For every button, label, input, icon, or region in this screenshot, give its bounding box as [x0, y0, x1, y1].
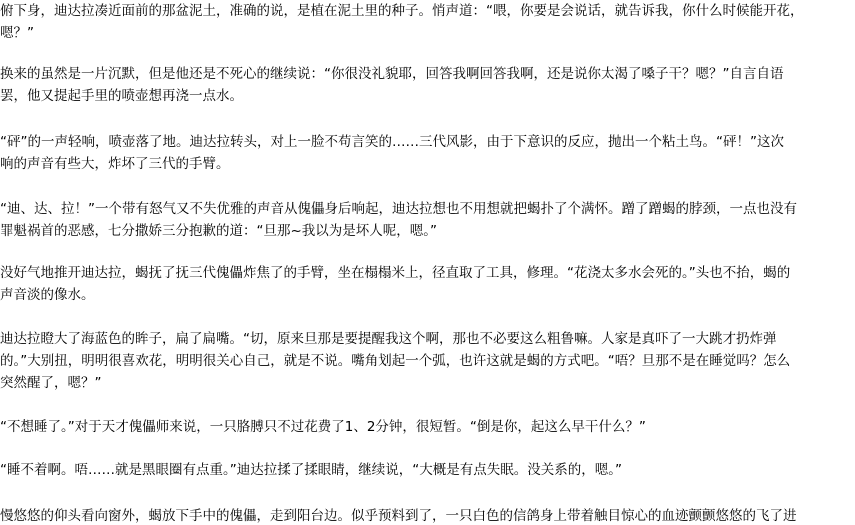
paragraph-3: “砰”的一声轻响，喷壶落了地。迪达拉转头，对上一脸不苟言笑的……三代风影，由于下… — [0, 131, 840, 175]
text-line: “睡不着啊。唔……就是黑眼圈有点重。”迪达拉揉了揉眼睛，继续说，“大概是有点失眠… — [0, 459, 840, 481]
text-line: 的。”大别扭，明明很喜欢花，明明很关心自己，就是不说。嘴角划起一个弧，也许这就是… — [0, 350, 840, 372]
text-line: 响的声音有些大，炸坏了三代的手臂。 — [0, 153, 840, 175]
text-line: “迪、达、拉！”一个带有怒气又不失优雅的声音从傀儡身后响起，迪达拉想也不用想就把… — [0, 198, 840, 220]
text-line: 慢悠悠的仰头看向窗外，蝎放下手中的傀儡，走到阳台边。似乎预料到了，一只白色的信鸽… — [0, 505, 840, 525]
text-line: 罪魁祸首的恶感，七分撒娇三分抱歉的道：“旦那~我以为是坏人呢，嗯。” — [0, 220, 840, 242]
text-line: “不想睡了。”对于天才傀儡师来说，一只胳膊只不过花费了1、2分钟，很短暂。“倒是… — [0, 416, 840, 438]
text-line: 罢，他又提起手里的喷壶想再浇一点水。 — [0, 85, 840, 107]
text-line: 没好气地推开迪达拉，蝎抚了抚三代傀儡炸焦了的手臂，坐在榻榻米上，径直取了工具，修… — [0, 262, 840, 284]
paragraph-4: “迪、达、拉！”一个带有怒气又不失优雅的声音从傀儡身后响起，迪达拉想也不用想就把… — [0, 198, 840, 242]
paragraph-5: 没好气地推开迪达拉，蝎抚了抚三代傀儡炸焦了的手臂，坐在榻榻米上，径直取了工具，修… — [0, 262, 840, 306]
paragraph-8: “睡不着啊。唔……就是黑眼圈有点重。”迪达拉揉了揉眼睛，继续说，“大概是有点失眠… — [0, 459, 840, 481]
paragraph-2: 换来的虽然是一片沉默，但是他还是不死心的继续说：“你很没礼貌耶，回答我啊回答我啊… — [0, 63, 840, 107]
paragraph-6: 迪达拉瞪大了海蓝色的眸子，扁了扁嘴。“切，原来旦那是要提醒我这个啊，那也不必要这… — [0, 328, 840, 394]
paragraph-7: “不想睡了。”对于天才傀儡师来说，一只胳膊只不过花费了1、2分钟，很短暂。“倒是… — [0, 416, 840, 438]
text-line: 突然醒了，嗯？” — [0, 372, 840, 394]
paragraph-9: 慢悠悠的仰头看向窗外，蝎放下手中的傀儡，走到阳台边。似乎预料到了，一只白色的信鸽… — [0, 505, 840, 525]
text-line: 嗯？” — [0, 22, 840, 44]
text-line: 迪达拉瞪大了海蓝色的眸子，扁了扁嘴。“切，原来旦那是要提醒我这个啊，那也不必要这… — [0, 328, 840, 350]
text-line: 俯下身，迪达拉凑近面前的那盆泥土，准确的说，是植在泥土里的种子。悄声道：“喂，你… — [0, 0, 840, 22]
text-line: “砰”的一声轻响，喷壶落了地。迪达拉转头，对上一脸不苟言笑的……三代风影，由于下… — [0, 131, 840, 153]
text-line: 换来的虽然是一片沉默，但是他还是不死心的继续说：“你很没礼貌耶，回答我啊回答我啊… — [0, 63, 840, 85]
text-line: 声音淡的像水。 — [0, 284, 840, 306]
paragraph-1: 俯下身，迪达拉凑近面前的那盆泥土，准确的说，是植在泥土里的种子。悄声道：“喂，你… — [0, 0, 840, 44]
